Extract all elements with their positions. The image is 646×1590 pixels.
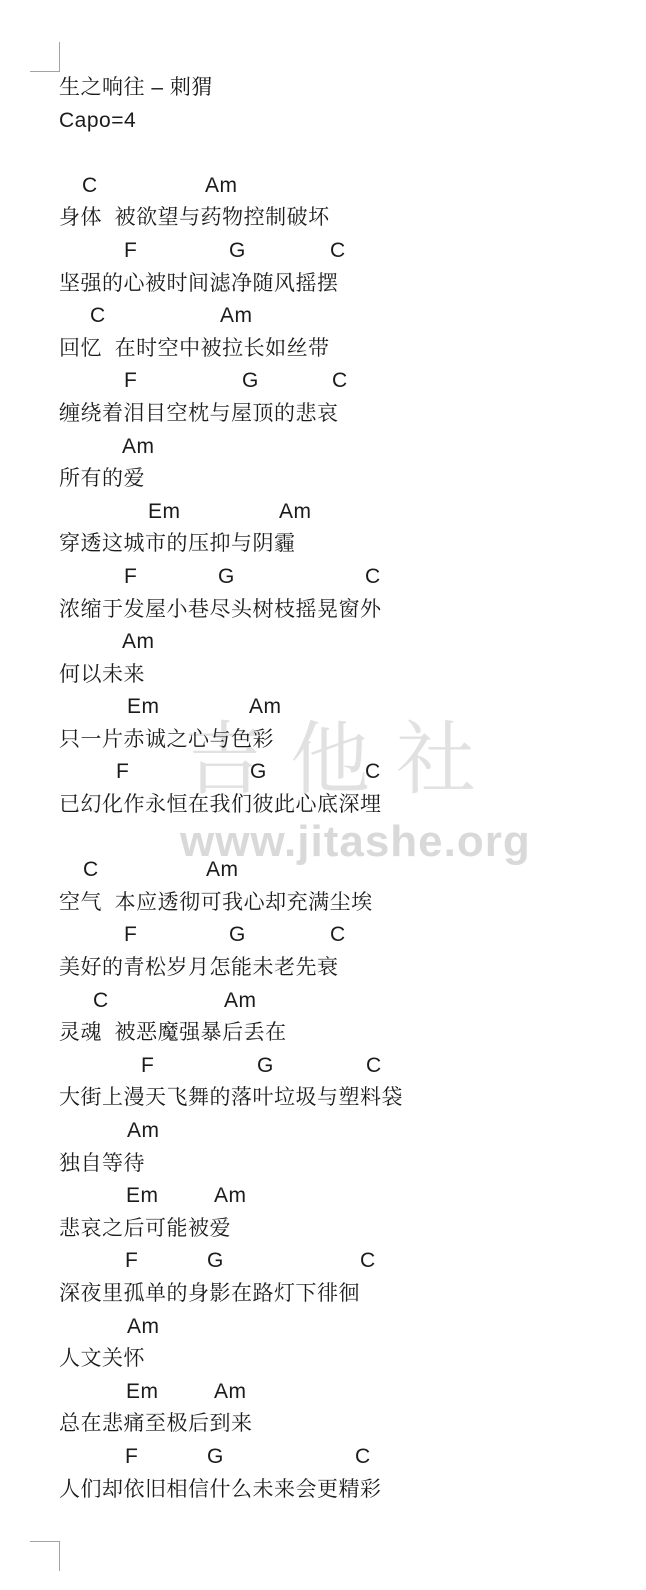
- chord-Am: Am: [220, 300, 253, 333]
- lyric-line: 美好的青松岁月怎能未老先衰: [0, 952, 646, 985]
- chord-lyric-lines: CAm身体 被欲望与药物控制破坏FGC坚强的心被时间滤净随风摇摆CAm回忆 在时…: [0, 170, 646, 1506]
- chord-line: FGC: [0, 919, 646, 952]
- chord-F: F: [116, 756, 129, 789]
- chord-G: G: [218, 561, 235, 594]
- page-margin-corner-bottom-icon: [30, 1541, 60, 1571]
- chord-G: G: [242, 365, 259, 398]
- page-margin-corner-top-icon: [30, 42, 60, 72]
- song-title: 生之响往 – 刺猬: [0, 72, 646, 105]
- chord-line: FGC: [0, 1441, 646, 1474]
- chord-C: C: [365, 561, 381, 594]
- lyric-line: 身体 被欲望与药物控制破坏: [0, 202, 646, 235]
- chord-line: EmAm: [0, 496, 646, 529]
- chord-Em: Em: [148, 496, 181, 529]
- chord-G: G: [229, 919, 246, 952]
- chord-F: F: [124, 919, 137, 952]
- chord-line: Am: [0, 1115, 646, 1148]
- chord-C: C: [355, 1441, 371, 1474]
- chord-C: C: [90, 300, 106, 333]
- lyric-line: 深夜里孤单的身影在路灯下徘徊: [0, 1278, 646, 1311]
- lyric-line: 坚强的心被时间滤净随风摇摆: [0, 268, 646, 301]
- lyric-line: 所有的爱: [0, 463, 646, 496]
- lyric-line: 缠绕着泪目空枕与屋顶的悲哀: [0, 398, 646, 431]
- chord-F: F: [124, 235, 137, 268]
- lyric-line: 已幻化作永恒在我们彼此心底深埋: [0, 789, 646, 822]
- lyric-line: 浓缩于发屋小巷尽头树枝摇晃窗外: [0, 594, 646, 627]
- chord-Em: Em: [126, 1376, 159, 1409]
- capo-setting: Capo=4: [0, 105, 646, 138]
- chord-Am: Am: [127, 1311, 160, 1344]
- chord-line: EmAm: [0, 1376, 646, 1409]
- lyric-line: 人文关怀: [0, 1343, 646, 1376]
- chord-Am: Am: [122, 431, 155, 464]
- lyric-line: 穿透这城市的压抑与阴霾: [0, 528, 646, 561]
- lyric-line: 悲哀之后可能被爱: [0, 1213, 646, 1246]
- chord-line: CAm: [0, 170, 646, 203]
- chord-G: G: [207, 1245, 224, 1278]
- chord-F: F: [125, 1245, 138, 1278]
- lyric-line: 总在悲痛至极后到来: [0, 1408, 646, 1441]
- chord-Am: Am: [214, 1180, 247, 1213]
- song-sheet-page: 吉他社 www.jitashe.org 生之响往 – 刺猬 Capo=4 CAm…: [0, 0, 646, 1590]
- chord-G: G: [229, 235, 246, 268]
- chord-Am: Am: [205, 170, 238, 203]
- lyric-line: 只一片赤诚之心与色彩: [0, 724, 646, 757]
- chord-C: C: [332, 365, 348, 398]
- chord-C: C: [93, 985, 109, 1018]
- chord-Am: Am: [214, 1376, 247, 1409]
- chord-Am: Am: [279, 496, 312, 529]
- lyric-line: 空气 本应透彻可我心却充满尘埃: [0, 887, 646, 920]
- lyric-line: 灵魂 被恶魔强暴后丢在: [0, 1017, 646, 1050]
- chord-C: C: [83, 854, 99, 887]
- lyric-line: 独自等待: [0, 1148, 646, 1181]
- chord-C: C: [82, 170, 98, 203]
- chord-C: C: [365, 756, 381, 789]
- chord-line: FGC: [0, 756, 646, 789]
- chord-C: C: [330, 235, 346, 268]
- chord-F: F: [124, 561, 137, 594]
- blank-line: [0, 822, 646, 855]
- chord-F: F: [141, 1050, 154, 1083]
- chord-line: FGC: [0, 561, 646, 594]
- chord-line: FGC: [0, 365, 646, 398]
- chord-line: EmAm: [0, 1180, 646, 1213]
- chord-Am: Am: [206, 854, 239, 887]
- chord-line: FGC: [0, 235, 646, 268]
- chord-Am: Am: [122, 626, 155, 659]
- lyric-line: 回忆 在时空中被拉长如丝带: [0, 333, 646, 366]
- lyric-line: 何以未来: [0, 659, 646, 692]
- chord-Em: Em: [126, 1180, 159, 1213]
- chord-C: C: [360, 1245, 376, 1278]
- chord-G: G: [250, 756, 267, 789]
- chord-line: CAm: [0, 985, 646, 1018]
- chord-Am: Am: [249, 691, 282, 724]
- chord-G: G: [207, 1441, 224, 1474]
- lyric-line: 大街上漫天飞舞的落叶垃圾与塑料袋: [0, 1082, 646, 1115]
- chord-Am: Am: [224, 985, 257, 1018]
- chord-line: EmAm: [0, 691, 646, 724]
- chord-F: F: [124, 365, 137, 398]
- chord-C: C: [330, 919, 346, 952]
- chord-Em: Em: [127, 691, 160, 724]
- blank-line: [0, 137, 646, 170]
- chord-C: C: [366, 1050, 382, 1083]
- chord-line: FGC: [0, 1050, 646, 1083]
- chord-Am: Am: [127, 1115, 160, 1148]
- chord-line: CAm: [0, 854, 646, 887]
- chord-F: F: [125, 1441, 138, 1474]
- chord-line: Am: [0, 431, 646, 464]
- sheet-content: 生之响往 – 刺猬 Capo=4 CAm身体 被欲望与药物控制破坏FGC坚强的心…: [0, 72, 646, 1506]
- chord-line: Am: [0, 626, 646, 659]
- chord-line: Am: [0, 1311, 646, 1344]
- chord-line: FGC: [0, 1245, 646, 1278]
- lyric-line: 人们却依旧相信什么未来会更精彩: [0, 1474, 646, 1507]
- chord-line: CAm: [0, 300, 646, 333]
- chord-G: G: [257, 1050, 274, 1083]
